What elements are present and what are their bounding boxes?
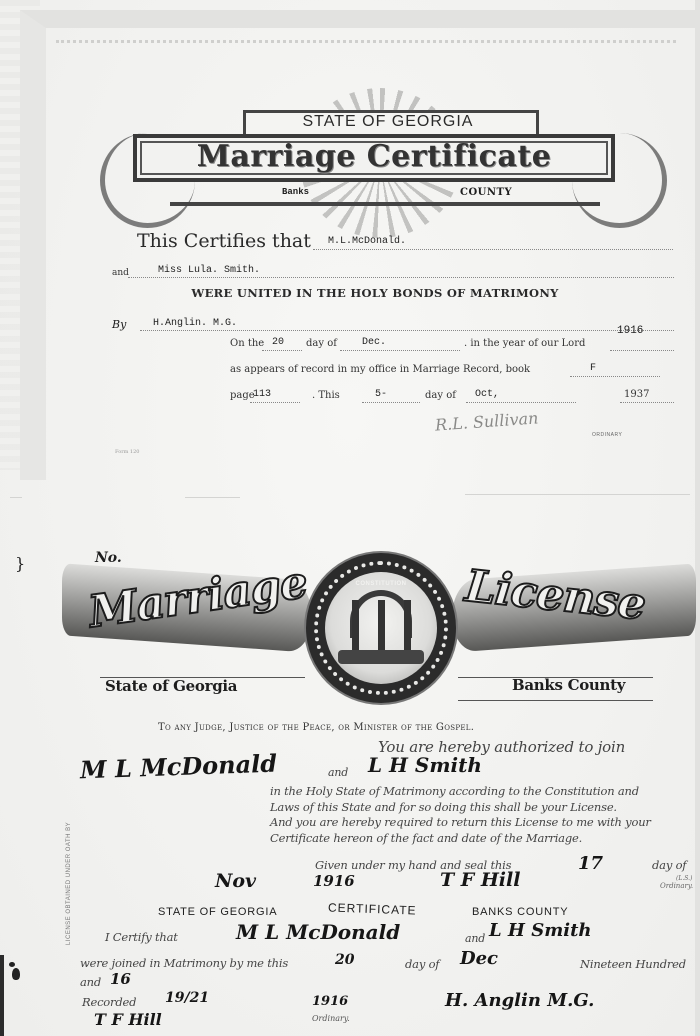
record-day-line bbox=[362, 402, 420, 403]
bride-line bbox=[128, 277, 674, 278]
ordinary-signature: T F Hill bbox=[440, 869, 520, 891]
record-year-line bbox=[620, 402, 674, 403]
officiant-line bbox=[140, 330, 674, 331]
on-the-label: On the bbox=[230, 338, 264, 349]
year-label: . in the year of our Lord bbox=[464, 338, 585, 349]
oath-side-note: LICENSE OBTAINED UNDER OATH BY bbox=[66, 775, 72, 945]
seal-text: CONSTITUTION bbox=[345, 581, 417, 587]
recorded-label: Recorded bbox=[82, 995, 136, 1009]
record-page-line bbox=[250, 402, 300, 403]
joined-text: were joined in Matrimony by me this bbox=[80, 956, 288, 970]
by-label: By bbox=[112, 318, 126, 331]
united-heading: WERE UNITED IN THE HOLY BONDS OF MATRIMO… bbox=[170, 286, 580, 300]
header-rule-right-lower bbox=[458, 700, 653, 701]
year-suffix: 16 bbox=[110, 970, 131, 988]
day-of-label: day of bbox=[405, 957, 439, 971]
scan-mark bbox=[10, 497, 22, 498]
cert-bride: L H Smith bbox=[489, 920, 591, 941]
and-year-label: and bbox=[80, 975, 101, 989]
cert-state-label: STATE OF GEORGIA bbox=[158, 906, 277, 918]
day-of-label: day of bbox=[652, 858, 686, 872]
officiant-signature: H. Anglin M.G. bbox=[445, 990, 594, 1011]
given-year: 1916 bbox=[313, 872, 355, 890]
joined-month: Dec bbox=[460, 948, 498, 969]
decorative-rule bbox=[56, 40, 676, 43]
marriage-year-line bbox=[610, 350, 674, 351]
and-label: and bbox=[465, 932, 485, 945]
recorder-signature: T F Hill bbox=[94, 1010, 162, 1029]
scan-mark bbox=[185, 497, 240, 498]
this-label: . This bbox=[312, 390, 340, 401]
record-page: 113 bbox=[253, 389, 271, 400]
record-month-line bbox=[466, 402, 576, 403]
seal-pillar-icon bbox=[404, 600, 411, 655]
day-of-label-2: day of bbox=[425, 390, 456, 401]
margin-mark: } bbox=[15, 554, 25, 573]
groom-name: M.L.McDonald. bbox=[328, 236, 406, 247]
page-label: page bbox=[230, 390, 255, 401]
scan-edge bbox=[0, 955, 4, 1036]
ordinary-label: Ordinary. bbox=[312, 1014, 350, 1023]
ink-blot bbox=[9, 962, 15, 967]
seal-pillar-icon bbox=[352, 600, 359, 655]
marriage-day: 20 bbox=[272, 337, 284, 348]
license-number-label: No. bbox=[95, 550, 122, 566]
groom-line bbox=[313, 249, 673, 250]
given-month: Nov bbox=[215, 870, 256, 892]
county-name: Banks bbox=[282, 187, 309, 197]
recorded-date: 19/21 bbox=[165, 990, 209, 1006]
marriage-month-line bbox=[340, 350, 460, 351]
license-state-label: State of Georgia bbox=[105, 677, 237, 695]
and-label: and bbox=[328, 766, 348, 779]
record-book: F bbox=[590, 363, 596, 374]
given-day: 17 bbox=[578, 853, 603, 874]
form-number: Form 120 bbox=[115, 449, 139, 455]
page-edge bbox=[695, 0, 700, 1036]
record-label: as appears of record in my office in Mar… bbox=[230, 364, 530, 375]
county-rule bbox=[170, 182, 600, 206]
joined-day: 20 bbox=[335, 952, 354, 968]
seal-pillar-icon bbox=[378, 600, 385, 655]
cert-county-label: BANKS COUNTY bbox=[472, 906, 568, 918]
certifies-label: This Certifies that bbox=[137, 230, 311, 252]
scan-mark bbox=[465, 494, 690, 495]
certificate-title: Marriage Certificate bbox=[133, 139, 615, 174]
bride-name: Miss Lula. Smith. bbox=[158, 265, 260, 276]
ink-blot bbox=[12, 968, 20, 980]
officiant-name: H.Anglin. M.G. bbox=[153, 318, 237, 329]
state-title: STATE OF GEORGIA bbox=[243, 113, 533, 131]
nineteen-hundred-label: Nineteen Hundred bbox=[580, 957, 686, 971]
address-line: To any Judge, Justice of the Peace, or M… bbox=[158, 722, 474, 733]
county-label: COUNTY bbox=[460, 187, 512, 198]
paragraph-line: Laws of this State and for so doing this… bbox=[270, 800, 617, 814]
and-label: and bbox=[112, 268, 129, 278]
marriage-day-line bbox=[262, 350, 302, 351]
day-of-label: day of bbox=[306, 338, 337, 349]
paragraph-line: And you are hereby required to return th… bbox=[270, 815, 651, 829]
record-day: 5- bbox=[375, 389, 387, 400]
i-certify-label: I Certify that bbox=[105, 930, 178, 944]
marriage-year: 1916 bbox=[617, 325, 643, 337]
paragraph-line: Certificate hereon of the fact and date … bbox=[270, 831, 582, 845]
record-book-line bbox=[570, 376, 660, 377]
recorded-year: 1916 bbox=[312, 994, 348, 1009]
bride-handwritten: L H Smith bbox=[368, 753, 482, 777]
record-month: Oct, bbox=[475, 389, 499, 400]
paragraph-line: in the Holy State of Matrimony according… bbox=[270, 784, 639, 798]
license-county-label: Banks County bbox=[512, 676, 625, 694]
marriage-month: Dec. bbox=[362, 337, 386, 348]
seal-base bbox=[338, 650, 424, 664]
cert-groom: M L McDonald bbox=[236, 920, 400, 944]
seal-label: (L.S.) bbox=[676, 875, 692, 882]
ordinary-caption: ORDINARY bbox=[592, 432, 622, 438]
record-year: 1937 bbox=[624, 389, 649, 400]
ordinary-label: Ordinary. bbox=[660, 882, 693, 890]
